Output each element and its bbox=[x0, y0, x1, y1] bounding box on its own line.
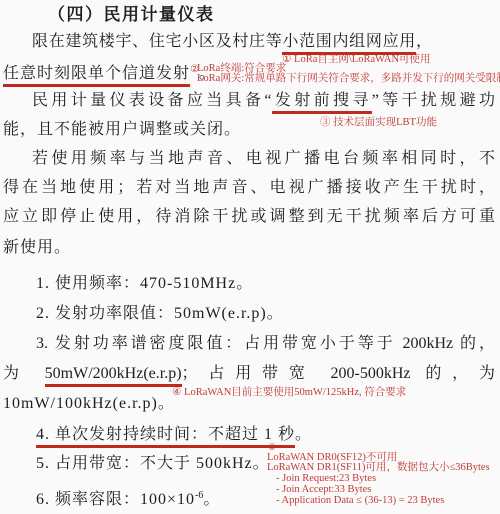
annotation-note5-line4: - Join Accept:33 Bytes bbox=[276, 484, 371, 495]
paragraph1-line1-tail: ， bbox=[416, 33, 432, 50]
list-item-6-pre: 6. 频率容限：100×10 bbox=[36, 491, 195, 508]
annotation-note4: ④ LoRaWAN目前主要使用50mW/125kHz, 符合要求 bbox=[172, 387, 406, 398]
paragraph1-line2: 任意时刻限单个信道发射②。 bbox=[3, 60, 216, 84]
list-item-1: 1. 使用频率：470-510MHz。 bbox=[36, 274, 253, 294]
list-item-3-line2-pre: 为 bbox=[3, 365, 45, 382]
paragraph2-line1-underlined: 发射前搜寻 bbox=[272, 92, 372, 114]
list-item-6-tail: 。 bbox=[203, 491, 220, 508]
paragraph3-line1: 若使用频率与当地声音、电视广播电台频率相同时，不 bbox=[32, 149, 495, 169]
paragraph3-line2: 得在当地使用；若对当地声音、电视广播接收产生干扰时， bbox=[3, 178, 495, 198]
list-item-6: 6. 频率容限：100×10-6。 bbox=[36, 486, 220, 510]
list-item-4-tail: 。 bbox=[295, 426, 312, 443]
list-item-3-line3: 10mW/100kHz(e.r.p)。 bbox=[3, 394, 175, 414]
list-item-5: 5. 占用带宽：不大于 500kHz。 bbox=[36, 454, 270, 474]
paragraph1-line1: 限在建筑楼宇、住宅小区及村庄等小范围内组网应用， bbox=[32, 32, 432, 52]
paragraph1-line1-text: 限在建筑楼宇、住宅小区及村庄等 bbox=[32, 33, 282, 50]
section-title: （四）民用计量仪表 bbox=[48, 5, 215, 25]
document-page: （四）民用计量仪表 限在建筑楼宇、住宅小区及村庄等小范围内组网应用， 任意时刻限… bbox=[0, 0, 500, 514]
paragraph2-line1-tail: ”等干扰规避功 bbox=[372, 92, 495, 109]
list-item-2: 2. 发射功率限值：50mW(e.r.p)。 bbox=[36, 304, 284, 324]
paragraph1-line2-underlined: 任意时刻限单个信道发射 bbox=[3, 65, 190, 87]
paragraph3-line4: 新使用。 bbox=[3, 238, 71, 258]
annotation-note5-line2: LoRaWAN DR1(SF11)可用，数据包大小≤36Bytes bbox=[267, 462, 490, 473]
list-item-3-line2-underlined: 50mW/200kHz(e.r.p) bbox=[45, 365, 182, 387]
annotation-note5-line3: - Join Request:23 Bytes bbox=[276, 473, 376, 484]
paragraph2-line2: 能，且不能被用户调整或关闭。 bbox=[3, 120, 241, 140]
list-item-3-line2-tail: ；占用带宽 200-500kHz 的，为 bbox=[182, 365, 495, 382]
paragraph2-line1: 民用计量仪表设备应当具备“发射前搜寻”等干扰规避功 bbox=[32, 91, 495, 111]
annotation-note2-line2: LoRa网关:常规单路下行网关符合要求，多路并发下行的网关受限制 bbox=[197, 73, 500, 84]
paragraph2-line1-text: 民用计量仪表设备应当具备“ bbox=[32, 92, 272, 109]
paragraph3-line3: 应立即停止使用，待消除干扰或调整到无干扰频率后方可重 bbox=[3, 207, 495, 227]
annotation-note5-line5: - Application Data ≤ (36-13) = 23 Bytes bbox=[276, 495, 444, 506]
list-item-4-underlined: 4. 单次发射持续时间：不超过 1 秒 bbox=[36, 426, 295, 448]
list-item-3-line1: 3. 发射功率谱密度限值：占用带宽小于等于 200kHz 的， bbox=[36, 334, 495, 354]
paragraph1-line1-underlined: 小范围内组网应用 bbox=[282, 33, 416, 55]
annotation-note1: ① LoRa自主网\LoRaWAN可使用 bbox=[282, 54, 431, 65]
list-item-3-line2: 为 50mW/200kHz(e.r.p)；占用带宽 200-500kHz 的，为 bbox=[3, 364, 495, 384]
annotation-note3: ③ 技术层面实现LBT功能 bbox=[320, 117, 437, 128]
